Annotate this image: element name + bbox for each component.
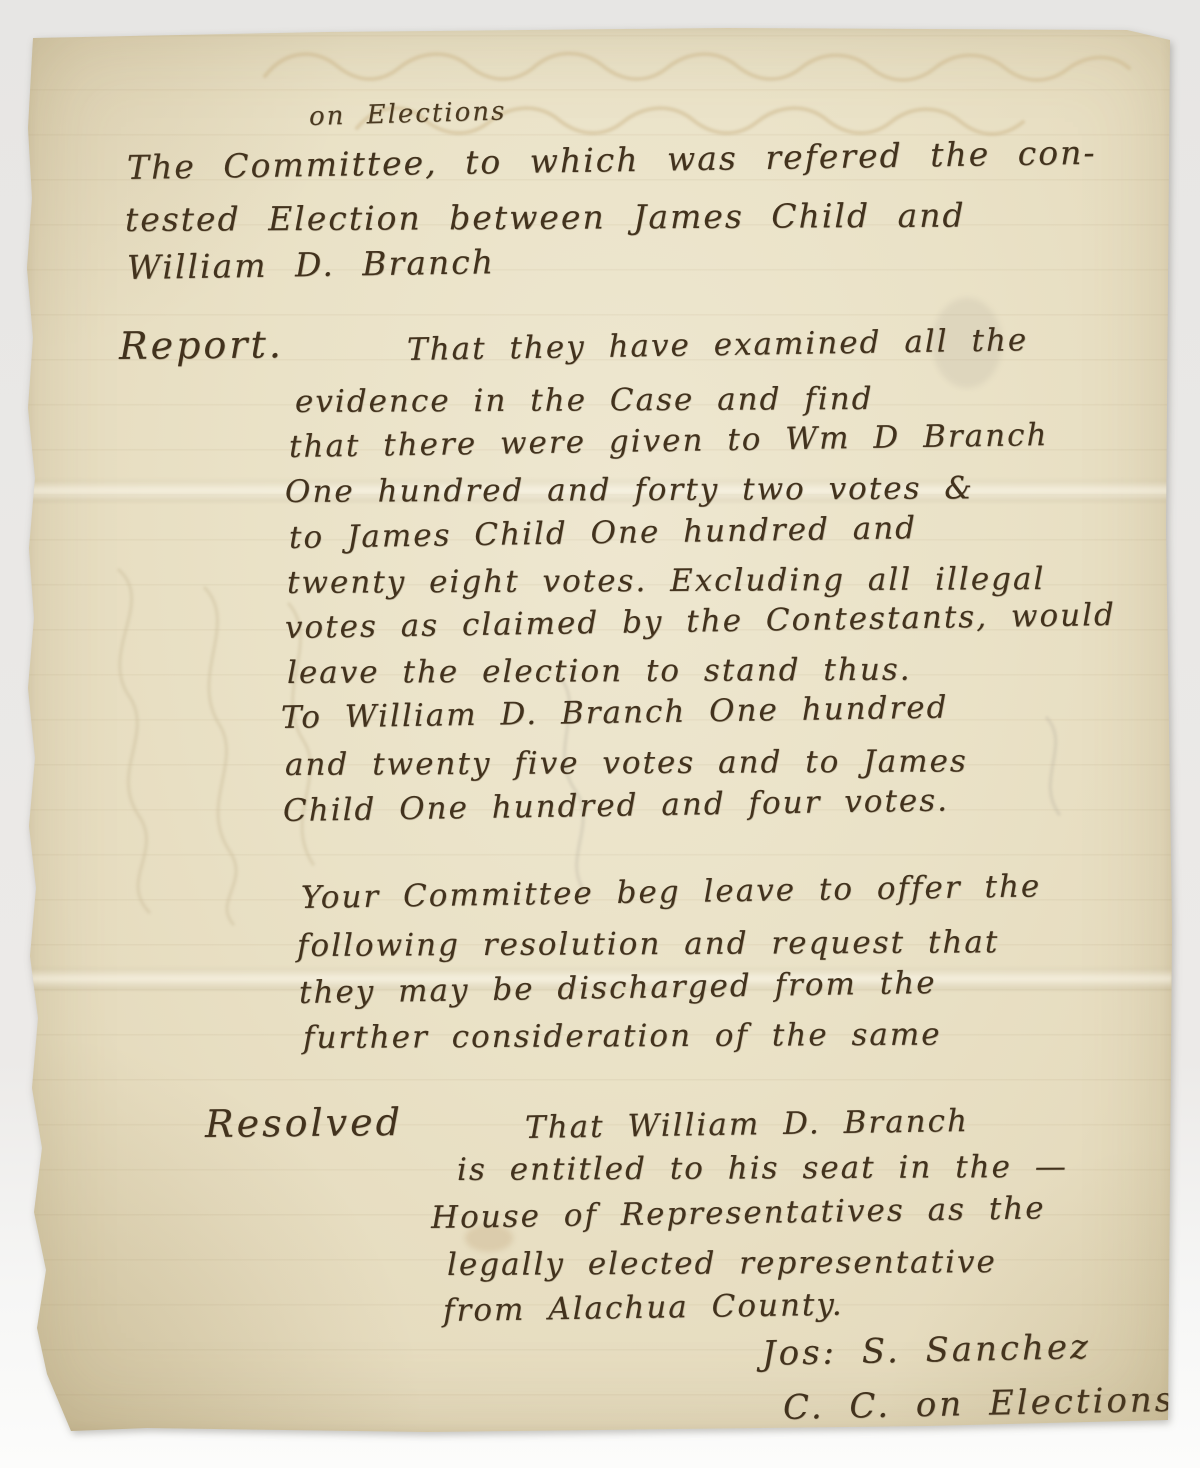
report-label: Report. xyxy=(119,322,284,368)
report-line: One hundred and forty two votes & xyxy=(285,470,974,510)
resolved-label: Resolved xyxy=(205,1100,403,1146)
scanned-document-photo: on Elections The Committee, to which was… xyxy=(0,0,1200,1468)
request-line: further consideration of the same xyxy=(303,1017,942,1056)
intro-line: The Committee, to which was refered the … xyxy=(127,133,1097,187)
report-line: and twenty five votes and to James xyxy=(285,743,968,783)
report-line: that there were given to Wm D Branch xyxy=(289,417,1049,465)
paper-sheet: on Elections The Committee, to which was… xyxy=(27,28,1172,1432)
report-line: evidence in the Case and find xyxy=(295,381,874,420)
request-line: Your Committee beg leave to offer the xyxy=(301,868,1042,916)
report-line: To William D. Branch One hundred xyxy=(281,690,949,736)
report-line: Child One hundred and four votes. xyxy=(283,783,950,829)
resolved-line: legally elected representative xyxy=(447,1244,997,1283)
resolved-line: from Alachua County. xyxy=(443,1287,844,1329)
signature: Jos: S. Sanchez xyxy=(762,1327,1092,1374)
intro-line: William D. Branch xyxy=(127,242,496,287)
report-line: twenty eight votes. Excluding all illega… xyxy=(287,561,1046,601)
report-line: leave the election to stand thus. xyxy=(287,652,912,691)
signature-title: C. C. on Elections xyxy=(783,1380,1176,1428)
report-line: to James Child One hundred and xyxy=(289,510,918,556)
report-line: votes as claimed by the Contestants, wou… xyxy=(285,597,1116,646)
resolved-line: House of Representatives as the xyxy=(431,1190,1046,1236)
committee-heading: on Elections xyxy=(309,96,507,132)
intro-line: tested Election between James Child and xyxy=(125,196,966,239)
manuscript-page: on Elections The Committee, to which was… xyxy=(27,28,1172,1432)
resolved-line: is entitled to his seat in the — xyxy=(457,1149,1068,1188)
resolved-line: That William D. Branch xyxy=(525,1103,969,1146)
request-line: following resolution and request that xyxy=(297,924,999,964)
